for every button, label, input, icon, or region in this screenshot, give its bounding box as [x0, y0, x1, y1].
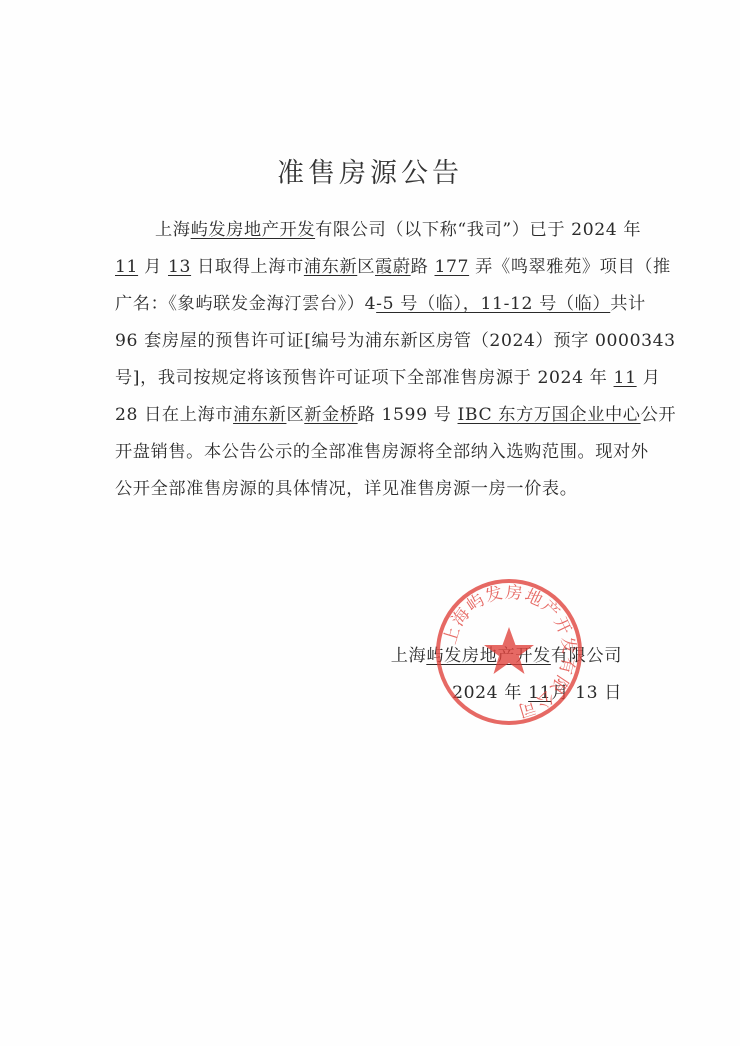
body-text: 号]，我司按规定将该预售许可证项下全部准售房源于 2024 年: [115, 368, 614, 388]
body-text: 月: [138, 257, 168, 277]
body-line: 11 月 13 日取得上海市浦东新区霞蔚路 177 弄《鸣翠雅苑》项目（推: [115, 249, 627, 286]
body-text: 有限公司（以下称“我司”）已于 2024 年: [315, 220, 641, 240]
body-text: 月: [637, 368, 661, 388]
body-text: 广名：《象屿联发金海汀雲台》）4: [115, 294, 376, 314]
body-line: 28 日在上海市浦东新区新金桥路 1599 号 IBC 东方万国企业中心公开: [115, 397, 627, 434]
signature-date-month: 11: [528, 683, 551, 703]
body-text: 28 日在上海市: [115, 405, 233, 425]
underlined-text: 浦东新: [304, 257, 357, 277]
body-text: 96 套房屋的预售许可证[编号为浦东新区房管（2024）预字 0000343: [115, 331, 676, 351]
underlined-text: IBC 东方万国企业中心: [458, 405, 641, 425]
body-text: 路 1599 号: [358, 405, 458, 425]
underlined-text: 新金桥: [304, 405, 357, 425]
body-text: 公开: [641, 405, 677, 425]
body-text: 路: [411, 257, 435, 277]
body-text: 公开全部准售房源的具体情况，详见准售房源一房一价表。: [115, 479, 577, 499]
body-text: 日取得上海市: [191, 257, 304, 277]
signature-date: 2024 年 11月 13 日: [452, 678, 622, 703]
underlined-text: 177: [434, 257, 469, 277]
signature-company-suffix: 有限公司: [551, 646, 622, 666]
body-text: 开盘销售。本公告公示的全部准售房源将全部纳入选购范围。现对外: [115, 442, 649, 462]
signature-company: 上海屿发房地产开发有限公司: [391, 641, 622, 666]
body-line: 开盘销售。本公告公示的全部准售房源将全部纳入选购范围。现对外: [115, 434, 627, 471]
underlined-text: 霞蔚: [375, 257, 411, 277]
body-line: 96 套房屋的预售许可证[编号为浦东新区房管（2024）预字 0000343: [115, 323, 627, 360]
underlined-text: 11: [614, 368, 637, 388]
body-line: 上海屿发房地产开发有限公司（以下称“我司”）已于 2024 年: [115, 212, 627, 249]
body-text: 共计: [610, 294, 646, 314]
body-line: 广名：《象屿联发金海汀雲台》）4-5 号（临），11-12 号（临）共计: [115, 286, 627, 323]
body-line: 号]，我司按规定将该预售许可证项下全部准售房源于 2024 年 11 月: [115, 360, 627, 397]
signature-company-name: 屿发房地产开发: [426, 646, 551, 666]
body-text: 区: [286, 405, 304, 425]
page-title: 准售房源公告: [0, 151, 740, 190]
signature-company-prefix: 上海: [391, 646, 427, 666]
body-text: 弄《鸣翠雅苑》项目（推: [469, 257, 671, 277]
signature-date-year-label: 年: [498, 683, 528, 703]
underlined-text: -5 号（临），11-12 号（临）: [376, 294, 610, 314]
signature-date-rest: 月 13 日: [551, 683, 622, 703]
body-text: 区: [357, 257, 375, 277]
announcement-body: 上海屿发房地产开发有限公司（以下称“我司”）已于 2024 年11 月 13 日…: [115, 212, 627, 508]
body-text: 上海: [155, 220, 191, 240]
underlined-text: 11: [115, 257, 138, 277]
underlined-text: 屿发房地产开发: [191, 220, 316, 240]
signature-date-year: 2024: [452, 683, 498, 703]
body-line: 公开全部准售房源的具体情况，详见准售房源一房一价表。: [115, 471, 627, 508]
underlined-text: 13: [168, 257, 191, 277]
underlined-text: 浦东新: [233, 405, 286, 425]
